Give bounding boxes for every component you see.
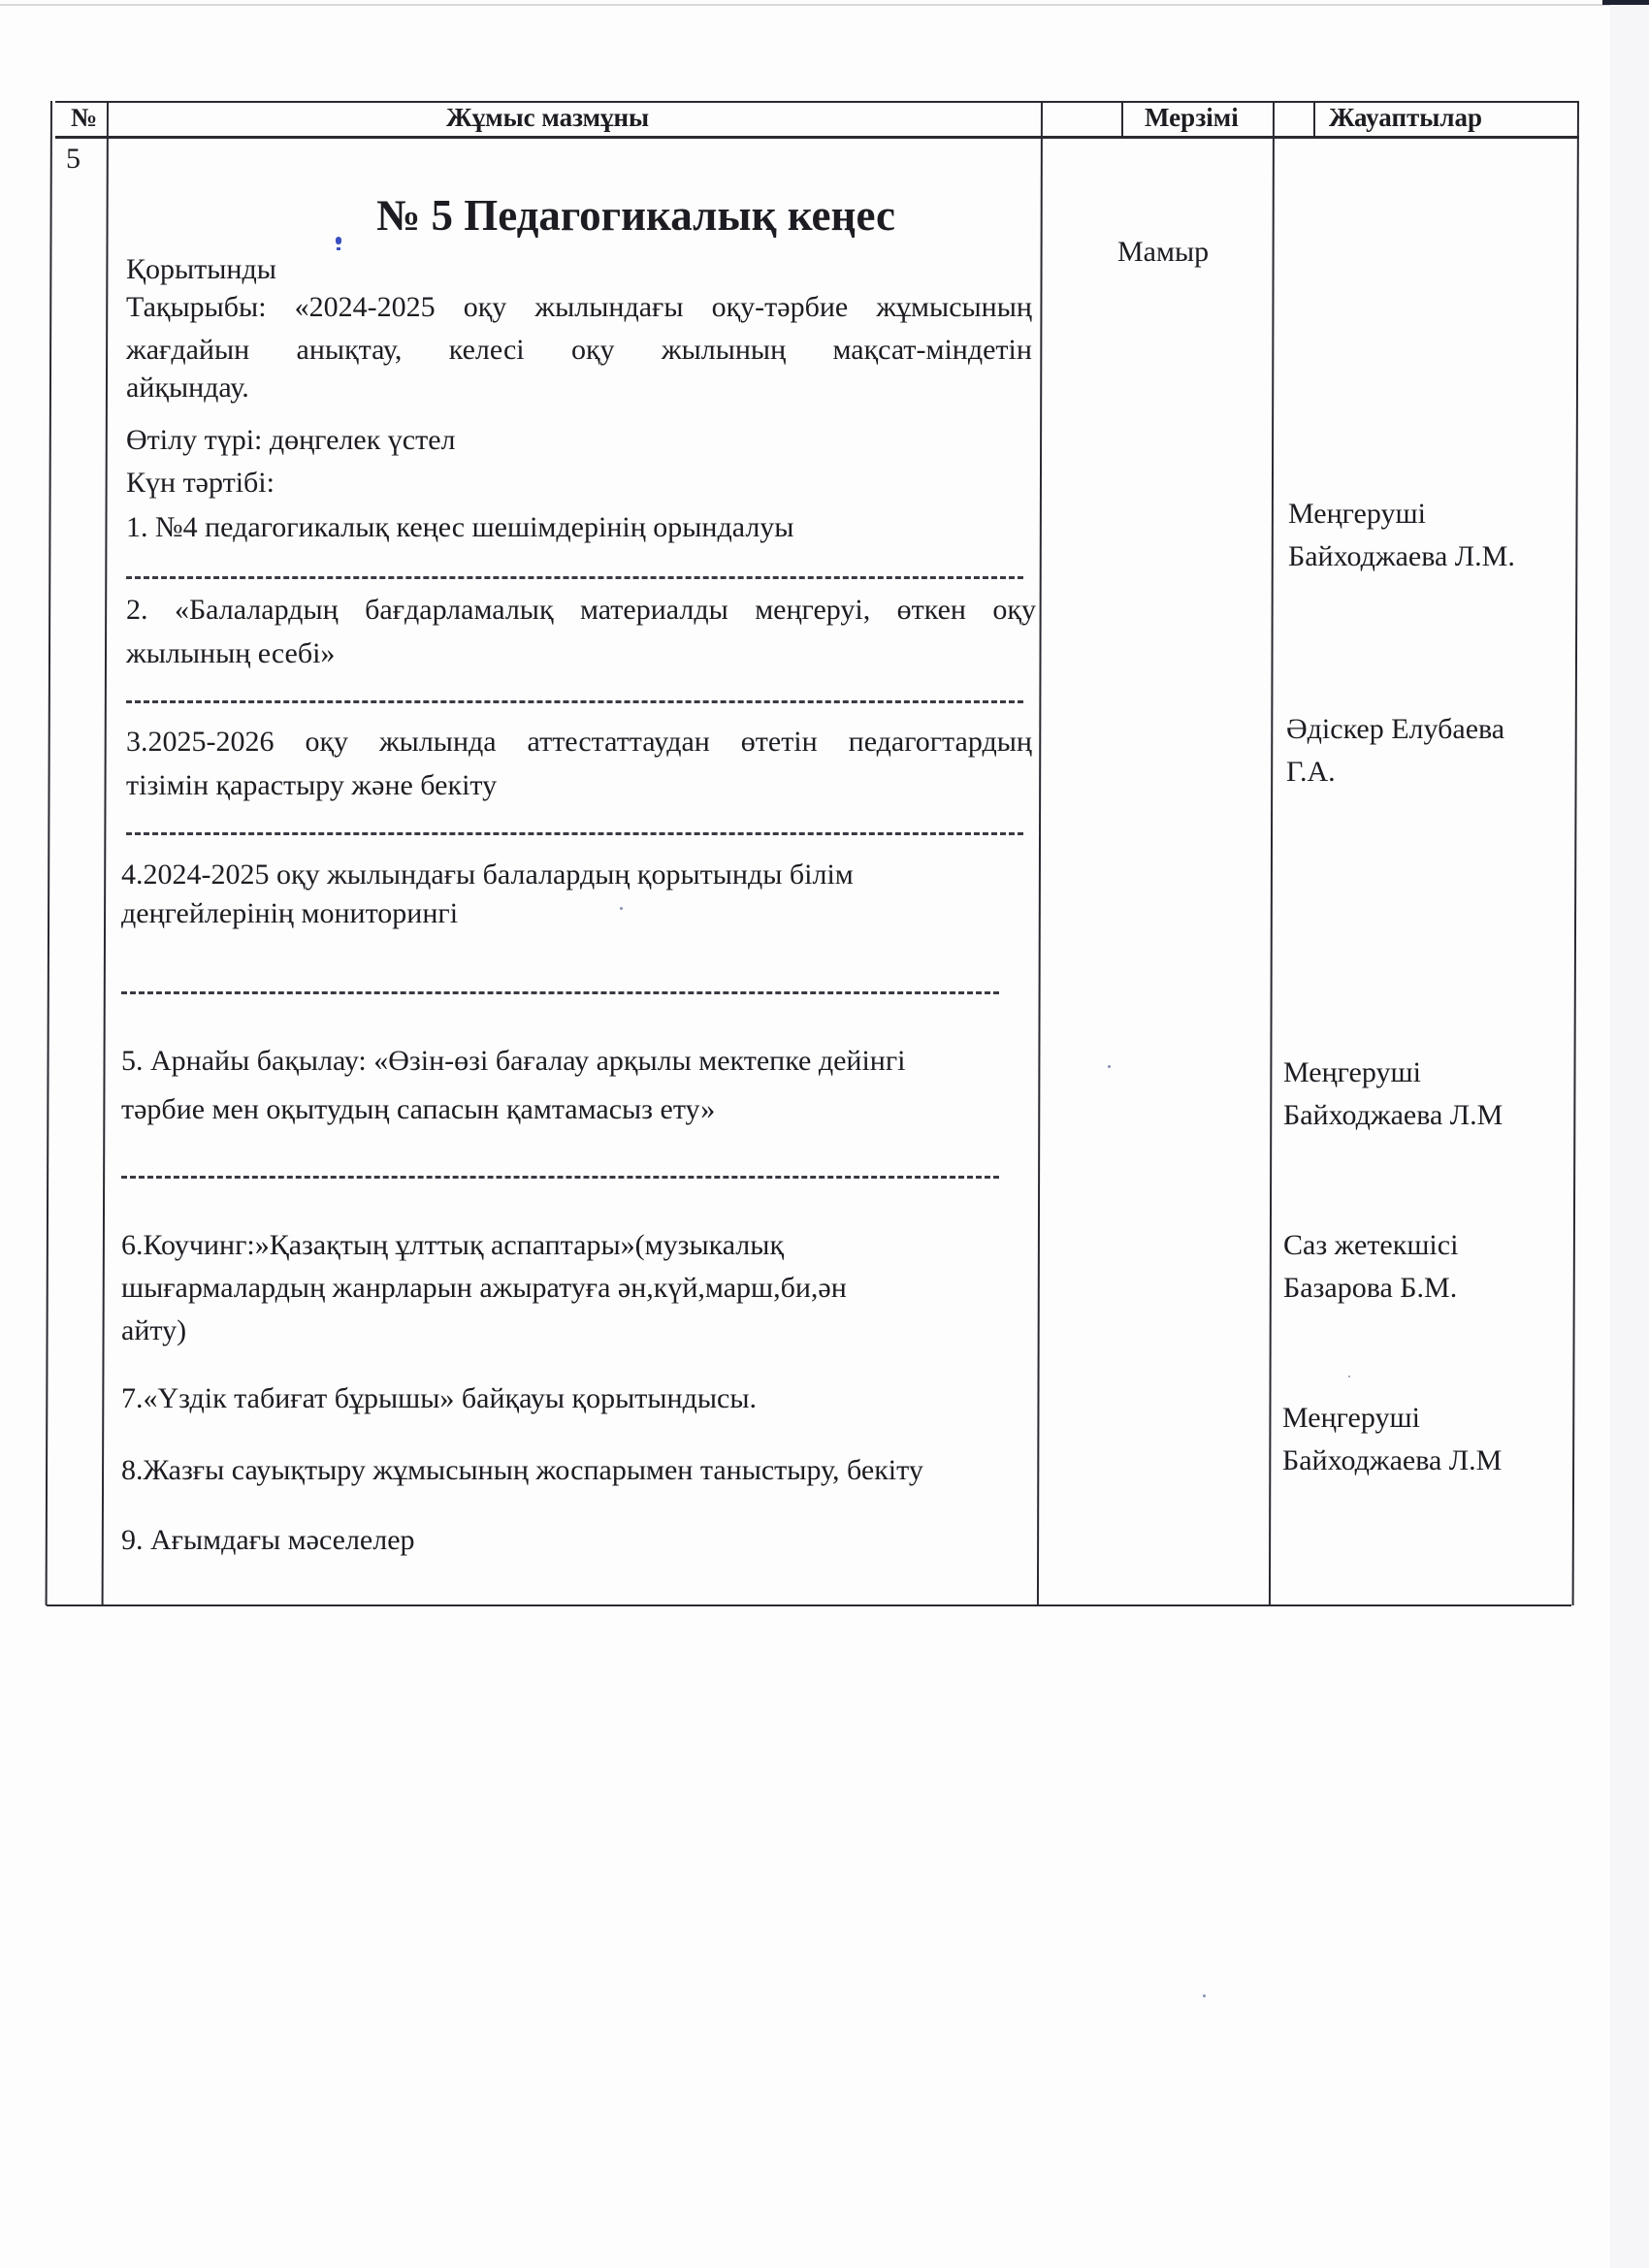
word: оқу [464, 291, 507, 324]
responsible-3-name: Байходжаева Л.М [1283, 1094, 1503, 1137]
meeting-format: Өтілу түрі: дөңгелек үстел [126, 419, 455, 462]
scan-speck [620, 907, 623, 910]
agenda-item-2-line-2: жылының есебі» [126, 632, 335, 675]
agenda-item-7: 7.«Үздік табиғат бұрышы» байқауы қорытын… [121, 1377, 757, 1420]
scan-speck [1348, 1376, 1350, 1377]
agenda-item-8: 8.Жазғы сауықтыру жұмысының жоспарымен т… [121, 1449, 923, 1492]
agenda-item-2-line-1: 2.«Балалардыңбағдарламалықматериалдымеңг… [126, 594, 1036, 627]
row-number: 5 [66, 138, 81, 180]
word: жылының [662, 334, 786, 367]
deadline-value: Мамыр [1117, 231, 1209, 274]
separator-1 [126, 576, 1023, 579]
responsible-3-role: Меңгеруші [1283, 1052, 1421, 1094]
agenda-item-5-line-2: тәрбие мен оқытудың сапасын қамтамасыз е… [121, 1088, 715, 1131]
agenda-item-3-line-1: 3.2025-2026оқужылындааттестаттауданөтеті… [126, 726, 1032, 759]
scan-edge-line [0, 4, 1610, 6]
word: педагогтардың [849, 726, 1032, 759]
word: анықтау, [297, 334, 403, 367]
meeting-title: № 5 Педагогикалық кеңес [376, 190, 895, 241]
word: меңгеруі, [755, 594, 870, 627]
scan-speck [1203, 1994, 1206, 1997]
number-col-border [102, 101, 109, 1605]
responsible-1-role: Меңгеруші [1288, 493, 1426, 535]
table-bottom-border [47, 1604, 1571, 1606]
responsible-5-role: Меңгеруші [1282, 1397, 1420, 1440]
deadline-col-border [1269, 101, 1275, 1605]
word: оқу [992, 594, 1036, 627]
separator-2 [126, 700, 1023, 703]
header-content: Жұмыс мазмұны [446, 103, 649, 133]
word: 2. [126, 594, 148, 627]
topic-line-2: жағдайынанықтау,келесіоқужылыныңмақсат-м… [126, 334, 1032, 367]
separator-4 [121, 991, 999, 994]
word: келесі [449, 334, 525, 367]
word: өтетін [741, 726, 818, 759]
responsible-5-name: Байходжаева Л.М [1282, 1440, 1502, 1482]
header-responsible-left-border [1313, 101, 1315, 137]
agenda-item-9: 9. Ағымдағы мәселелер [121, 1519, 415, 1562]
meeting-subtitle: Қорытынды [126, 248, 276, 291]
agenda-item-3-line-2: тізімін қарастыру және бекіту [126, 764, 497, 807]
topic-line-3: айқындау. [126, 367, 249, 409]
scan-speck [1108, 1065, 1111, 1068]
table-left-border [46, 101, 52, 1605]
agenda-item-6-line-2: шығармалардың жанрларын ажыратуға ән,күй… [121, 1267, 847, 1310]
agenda-item-4-line-1: 4.2024-2025 оқу жылындағы балалардың қор… [121, 854, 854, 896]
scan-margin-shade [1610, 6, 1649, 2268]
agenda-item-6-line-3: айту) [121, 1310, 186, 1352]
topic-line-1: Тақырыбы:«2024-2025оқужылындағыоқу-тәрби… [126, 291, 1032, 324]
word: оқу [571, 334, 615, 367]
responsible-2-name: Г.А. [1286, 751, 1336, 794]
agenda-item-1: 1. №4 педагогикалық кеңес шешімдерінің о… [126, 506, 793, 549]
table-right-border [1572, 101, 1579, 1605]
word: «2024-2025 [295, 291, 436, 324]
responsible-4-name: Базарова Б.М. [1283, 1267, 1457, 1310]
word: өткен [897, 594, 966, 627]
word: жағдайын [126, 334, 249, 367]
scan-corner-artifact [1602, 0, 1649, 5]
word: мақсат-міндетін [832, 334, 1031, 367]
agenda-item-5-line-1: 5. Арнайы бақылау: «Өзін-өзі бағалау арқ… [121, 1040, 906, 1083]
responsible-1-name: Байходжаева Л.М. [1288, 535, 1515, 578]
word: жұмысының [876, 291, 1032, 324]
word: оқу-тәрбие [712, 291, 849, 324]
header-number: № [71, 103, 97, 133]
agenda-label: Күн тәртібі: [126, 462, 275, 504]
word: Тақырыбы: [126, 291, 267, 324]
responsible-4-role: Саз жетекшісі [1283, 1224, 1458, 1267]
word: бағдарламалық [365, 594, 553, 627]
ink-mark [336, 237, 341, 248]
header-responsible: Жауаптылар [1329, 103, 1482, 133]
separator-3 [126, 832, 1023, 835]
responsible-2-role: Әдіскер Елубаева [1286, 708, 1504, 751]
header-deadline: Мерзімі [1145, 103, 1239, 133]
word: оқу [305, 726, 348, 759]
header-bottom-border [55, 136, 1579, 139]
header-deadline-left-border [1121, 101, 1123, 137]
content-col-border [1037, 101, 1043, 1605]
separator-5 [121, 1176, 999, 1179]
word: 3.2025-2026 [126, 726, 275, 759]
word: жылындағы [534, 291, 683, 324]
word: «Балалардың [175, 594, 339, 627]
agenda-item-6-line-1: 6.Коучинг:»Қазақтың ұлттық аспаптары»(му… [121, 1224, 784, 1267]
word: жылында [379, 726, 497, 759]
agenda-item-4-line-2: деңгейлерінің мониторингі [121, 892, 458, 935]
word: аттестаттаудан [528, 726, 710, 759]
word: материалды [580, 594, 728, 627]
